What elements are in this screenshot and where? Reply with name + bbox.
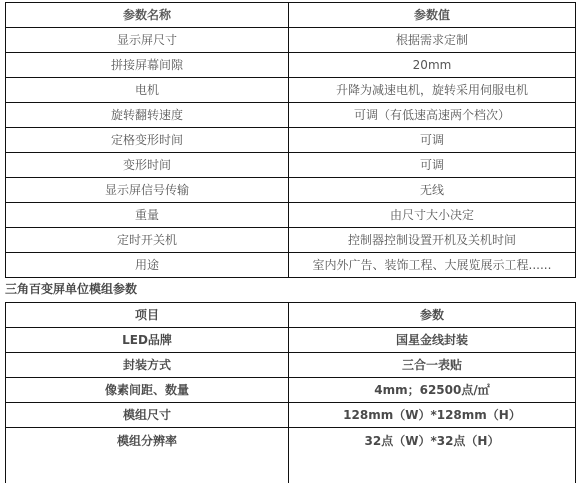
table-row: LED品牌 国星金线封装	[6, 328, 576, 353]
item-name: 封装方式	[6, 353, 289, 378]
table-row: 像素间距、数量 4mm；62500点/㎡	[6, 378, 576, 403]
param-name: 重量	[6, 203, 289, 228]
param-value: 室内外广告、装饰工程、大展览展示工程......	[289, 253, 576, 278]
table-row: 用途 室内外广告、装饰工程、大展览展示工程......	[6, 253, 576, 278]
table-row: 定时开关机 控制器控制设置开机及关机时间	[6, 228, 576, 253]
item-value: 32点（W）*32点（H）	[289, 428, 576, 483]
param-name: 旋转翻转速度	[6, 103, 289, 128]
param-name: 定时开关机	[6, 228, 289, 253]
item-value: 128mm（W）*128mm（H）	[289, 403, 576, 428]
param-name: 定格变形时间	[6, 128, 289, 153]
param-value: 由尺寸大小决定	[289, 203, 576, 228]
display-parameters-table: 参数名称 参数值 显示屏尺寸 根据需求定制 拼接屏幕间隙 20mm 电机 升降为…	[5, 2, 576, 278]
param-value: 可调	[289, 128, 576, 153]
module-parameters-heading: 三角百变屏单位模组参数	[5, 281, 137, 297]
param-value: 可调（有低速高速两个档次）	[289, 103, 576, 128]
param-value: 根据需求定制	[289, 28, 576, 53]
table-row: 封装方式 三合一表贴	[6, 353, 576, 378]
param-name: 显示屏尺寸	[6, 28, 289, 53]
param-value: 无线	[289, 178, 576, 203]
table-row: 显示屏尺寸 根据需求定制	[6, 28, 576, 53]
param-name: 变形时间	[6, 153, 289, 178]
param-name: 显示屏信号传输	[6, 178, 289, 203]
table-row: 拼接屏幕间隙 20mm	[6, 53, 576, 78]
table-row: 定格变形时间 可调	[6, 128, 576, 153]
header-param-value: 参数值	[289, 3, 576, 28]
item-name: LED品牌	[6, 328, 289, 353]
param-name: 电机	[6, 78, 289, 103]
item-name: 模组分辨率	[6, 428, 289, 483]
table-header-row: 项目 参数	[6, 303, 576, 328]
param-value: 20mm	[289, 53, 576, 78]
table-header-row: 参数名称 参数值	[6, 3, 576, 28]
table-row: 旋转翻转速度 可调（有低速高速两个档次）	[6, 103, 576, 128]
header-item: 项目	[6, 303, 289, 328]
param-value: 可调	[289, 153, 576, 178]
table-row: 变形时间 可调	[6, 153, 576, 178]
table-row: 电机 升降为减速电机，旋转采用伺服电机	[6, 78, 576, 103]
item-value: 4mm；62500点/㎡	[289, 378, 576, 403]
param-value: 控制器控制设置开机及关机时间	[289, 228, 576, 253]
header-param: 参数	[289, 303, 576, 328]
item-name: 模组尺寸	[6, 403, 289, 428]
param-name: 拼接屏幕间隙	[6, 53, 289, 78]
item-name: 像素间距、数量	[6, 378, 289, 403]
table-row: 显示屏信号传输 无线	[6, 178, 576, 203]
item-value: 三合一表贴	[289, 353, 576, 378]
item-value: 国星金线封装	[289, 328, 576, 353]
table-row: 重量 由尺寸大小决定	[6, 203, 576, 228]
param-name: 用途	[6, 253, 289, 278]
table-row: 模组分辨率 32点（W）*32点（H）	[6, 428, 576, 483]
header-param-name: 参数名称	[6, 3, 289, 28]
param-value: 升降为减速电机，旋转采用伺服电机	[289, 78, 576, 103]
module-parameters-table: 项目 参数 LED品牌 国星金线封装 封装方式 三合一表贴 像素间距、数量 4m…	[5, 302, 576, 483]
table-row: 模组尺寸 128mm（W）*128mm（H）	[6, 403, 576, 428]
